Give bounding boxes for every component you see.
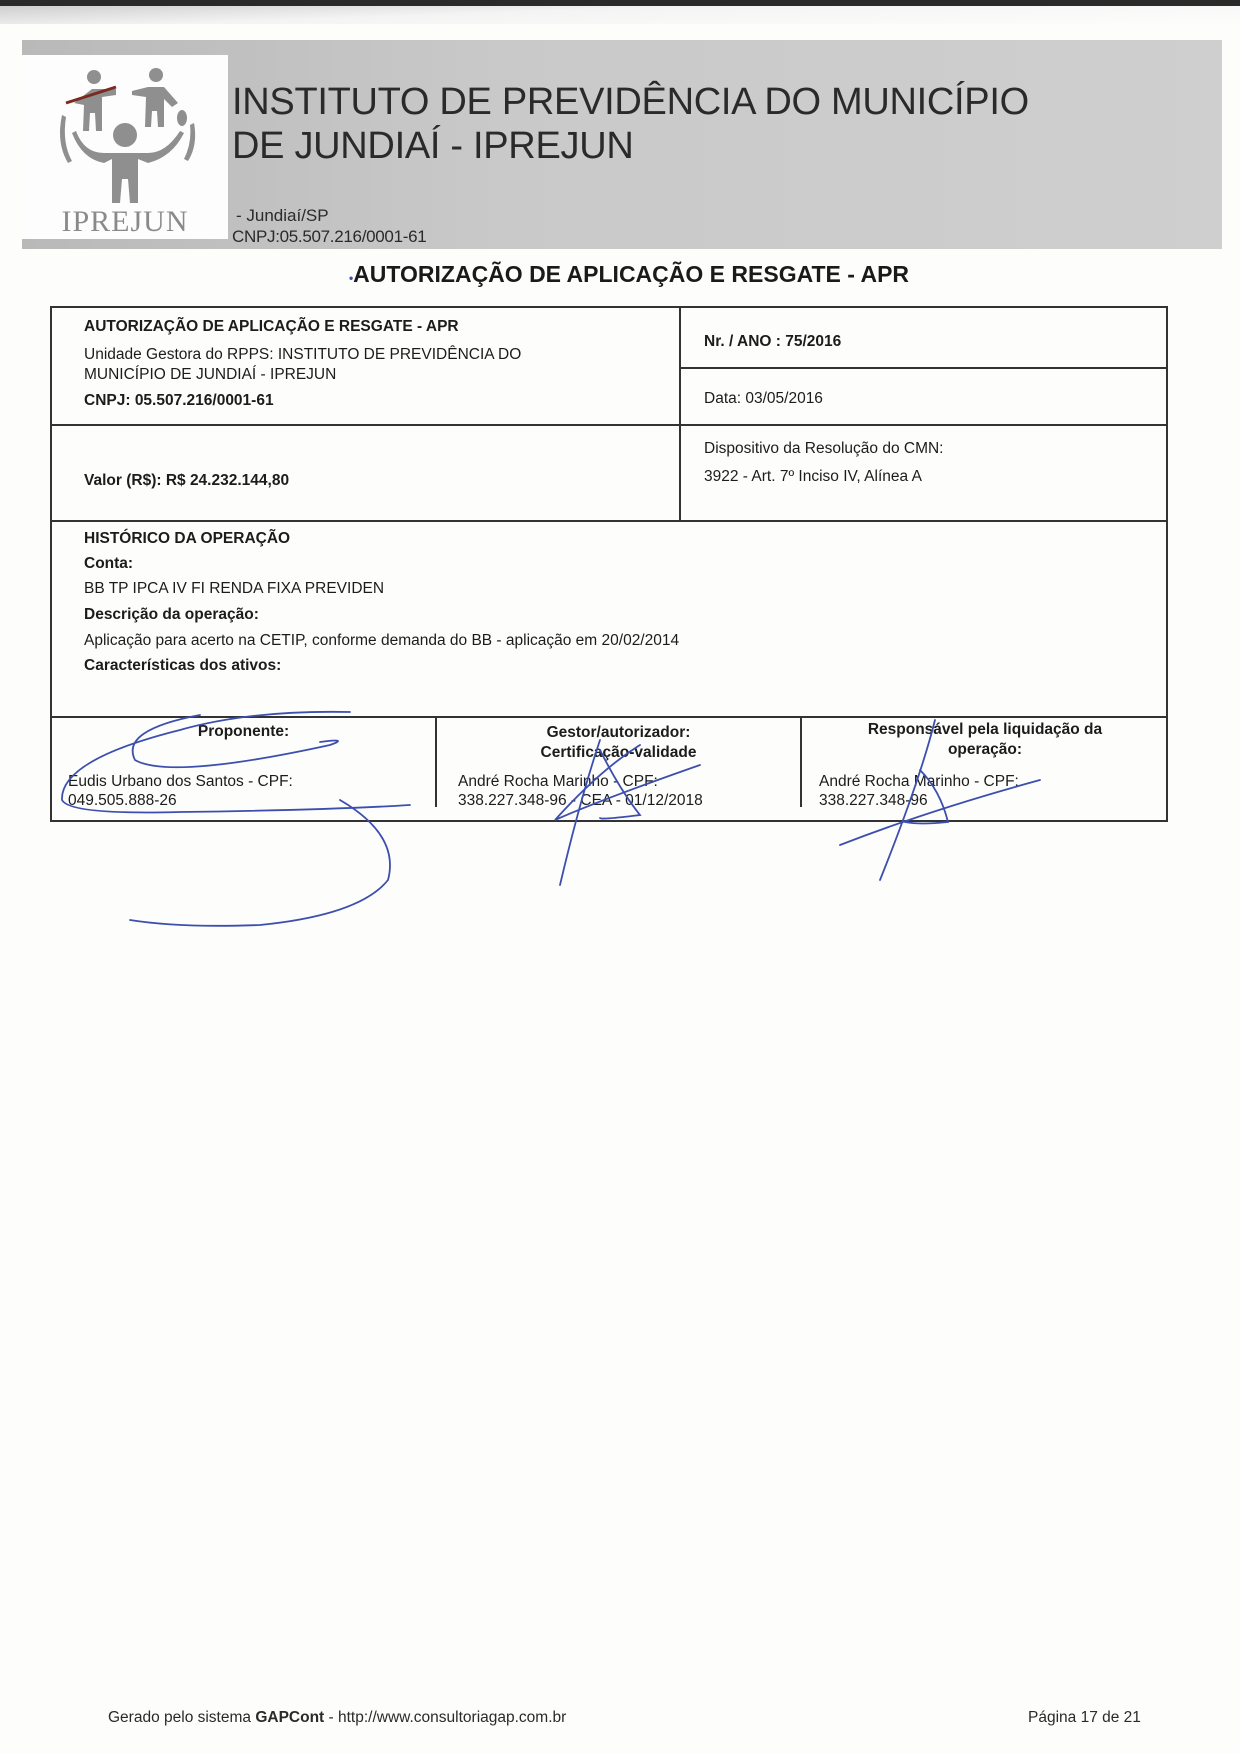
logo-wordmark: IPREJUN xyxy=(22,205,228,239)
institution-name-line2: DE JUNDIAÍ - IPREJUN xyxy=(232,124,1029,168)
footer-url: - http://www.consultoriagap.com.br xyxy=(324,1709,566,1726)
institution-cnpj: CNPJ:05.507.216/0001-61 xyxy=(232,227,426,247)
footer-system-name: GAPCont xyxy=(255,1709,324,1726)
page-number: Página 17 de 21 xyxy=(1028,1709,1141,1727)
signature-responsavel-name: André Rocha Marinho - CPF: xyxy=(819,773,1019,791)
signature-gestor-cpf: 338.227.348-96 - CEA - 01/12/2018 xyxy=(458,792,703,810)
form-cnpj: CNPJ: 05.507.216/0001-61 xyxy=(84,392,274,410)
valor-field: Valor (R$): R$ 24.232.144,80 xyxy=(84,472,289,490)
data-field: Data: 03/05/2016 xyxy=(704,390,823,408)
people-circle-logo-icon xyxy=(52,63,202,203)
scan-fold-shadow xyxy=(0,6,1240,24)
signature-proponente-cpf: 049.505.888-26 xyxy=(68,792,177,810)
divider-nr-data xyxy=(680,367,1168,369)
form-section-title: AUTORIZAÇÃO DE APLICAÇÃO E RESGATE - APR xyxy=(84,318,459,336)
document-title-text: AUTORIZAÇÃO DE APLICAÇÃO E RESGATE - APR xyxy=(353,261,909,287)
sig-heading-line1: Proponente: xyxy=(52,723,435,741)
dispositivo-label: Dispositivo da Resolução do CMN: xyxy=(704,440,944,458)
signature-responsavel-cpf: 338.227.348-96 xyxy=(819,792,928,810)
divider-col-right xyxy=(679,306,681,521)
conta-value: BB TP IPCA IV FI RENDA FIXA PREVIDEN xyxy=(84,580,384,598)
footer-generated-by: Gerado pelo sistema GAPCont - http://www… xyxy=(108,1709,566,1727)
divider-row1 xyxy=(50,424,1168,426)
descricao-value: Aplicação para acerto na CETIP, conforme… xyxy=(84,632,679,650)
sig-heading-line2: Certificação-validade xyxy=(437,743,800,763)
signature-gestor-name: André Rocha Marinho - CPF: xyxy=(458,773,658,791)
signature-gestor-heading: Gestor/autorizador: Certificação-validad… xyxy=(437,723,800,763)
logo: IPREJUN xyxy=(22,55,228,239)
footer-prefix: Gerado pelo sistema xyxy=(108,1709,255,1726)
nr-ano: Nr. / ANO : 75/2016 xyxy=(704,333,841,351)
signature-proponente-heading: Proponente: xyxy=(52,723,435,741)
sig-heading-line1: Gestor/autorizador: xyxy=(437,723,800,743)
institution-name-line1: INSTITUTO DE PREVIDÊNCIA DO MUNICÍPIO xyxy=(232,80,1029,124)
divider-row2 xyxy=(50,520,1168,522)
descricao-label: Descrição da operação: xyxy=(84,606,259,624)
institution-name: INSTITUTO DE PREVIDÊNCIA DO MUNICÍPIO DE… xyxy=(232,80,1029,168)
institution-city: - Jundiaí/SP xyxy=(236,206,329,226)
conta-label: Conta: xyxy=(84,555,133,573)
unidade-gestora-line1: Unidade Gestora do RPPS: INSTITUTO DE PR… xyxy=(84,346,521,364)
unidade-gestora-line2: MUNICÍPIO DE JUNDIAÍ - IPREJUN xyxy=(84,366,336,384)
document-title: •AUTORIZAÇÃO DE APLICAÇÃO E RESGATE - AP… xyxy=(0,261,1240,288)
dispositivo-value: 3922 - Art. 7º Inciso IV, Alínea A xyxy=(704,468,922,486)
signature-proponente-name: Eudis Urbano dos Santos - CPF: xyxy=(68,773,293,791)
sig-heading-line1: Responsável pela liquidação da xyxy=(802,720,1168,740)
divider-row3 xyxy=(50,716,1168,718)
signature-responsavel-heading: Responsável pela liquidação da operação: xyxy=(802,720,1168,760)
caracteristicas-label: Características dos ativos: xyxy=(84,657,281,675)
sig-heading-line2: operação: xyxy=(802,740,1168,760)
historico-title: HISTÓRICO DA OPERAÇÃO xyxy=(84,530,290,548)
